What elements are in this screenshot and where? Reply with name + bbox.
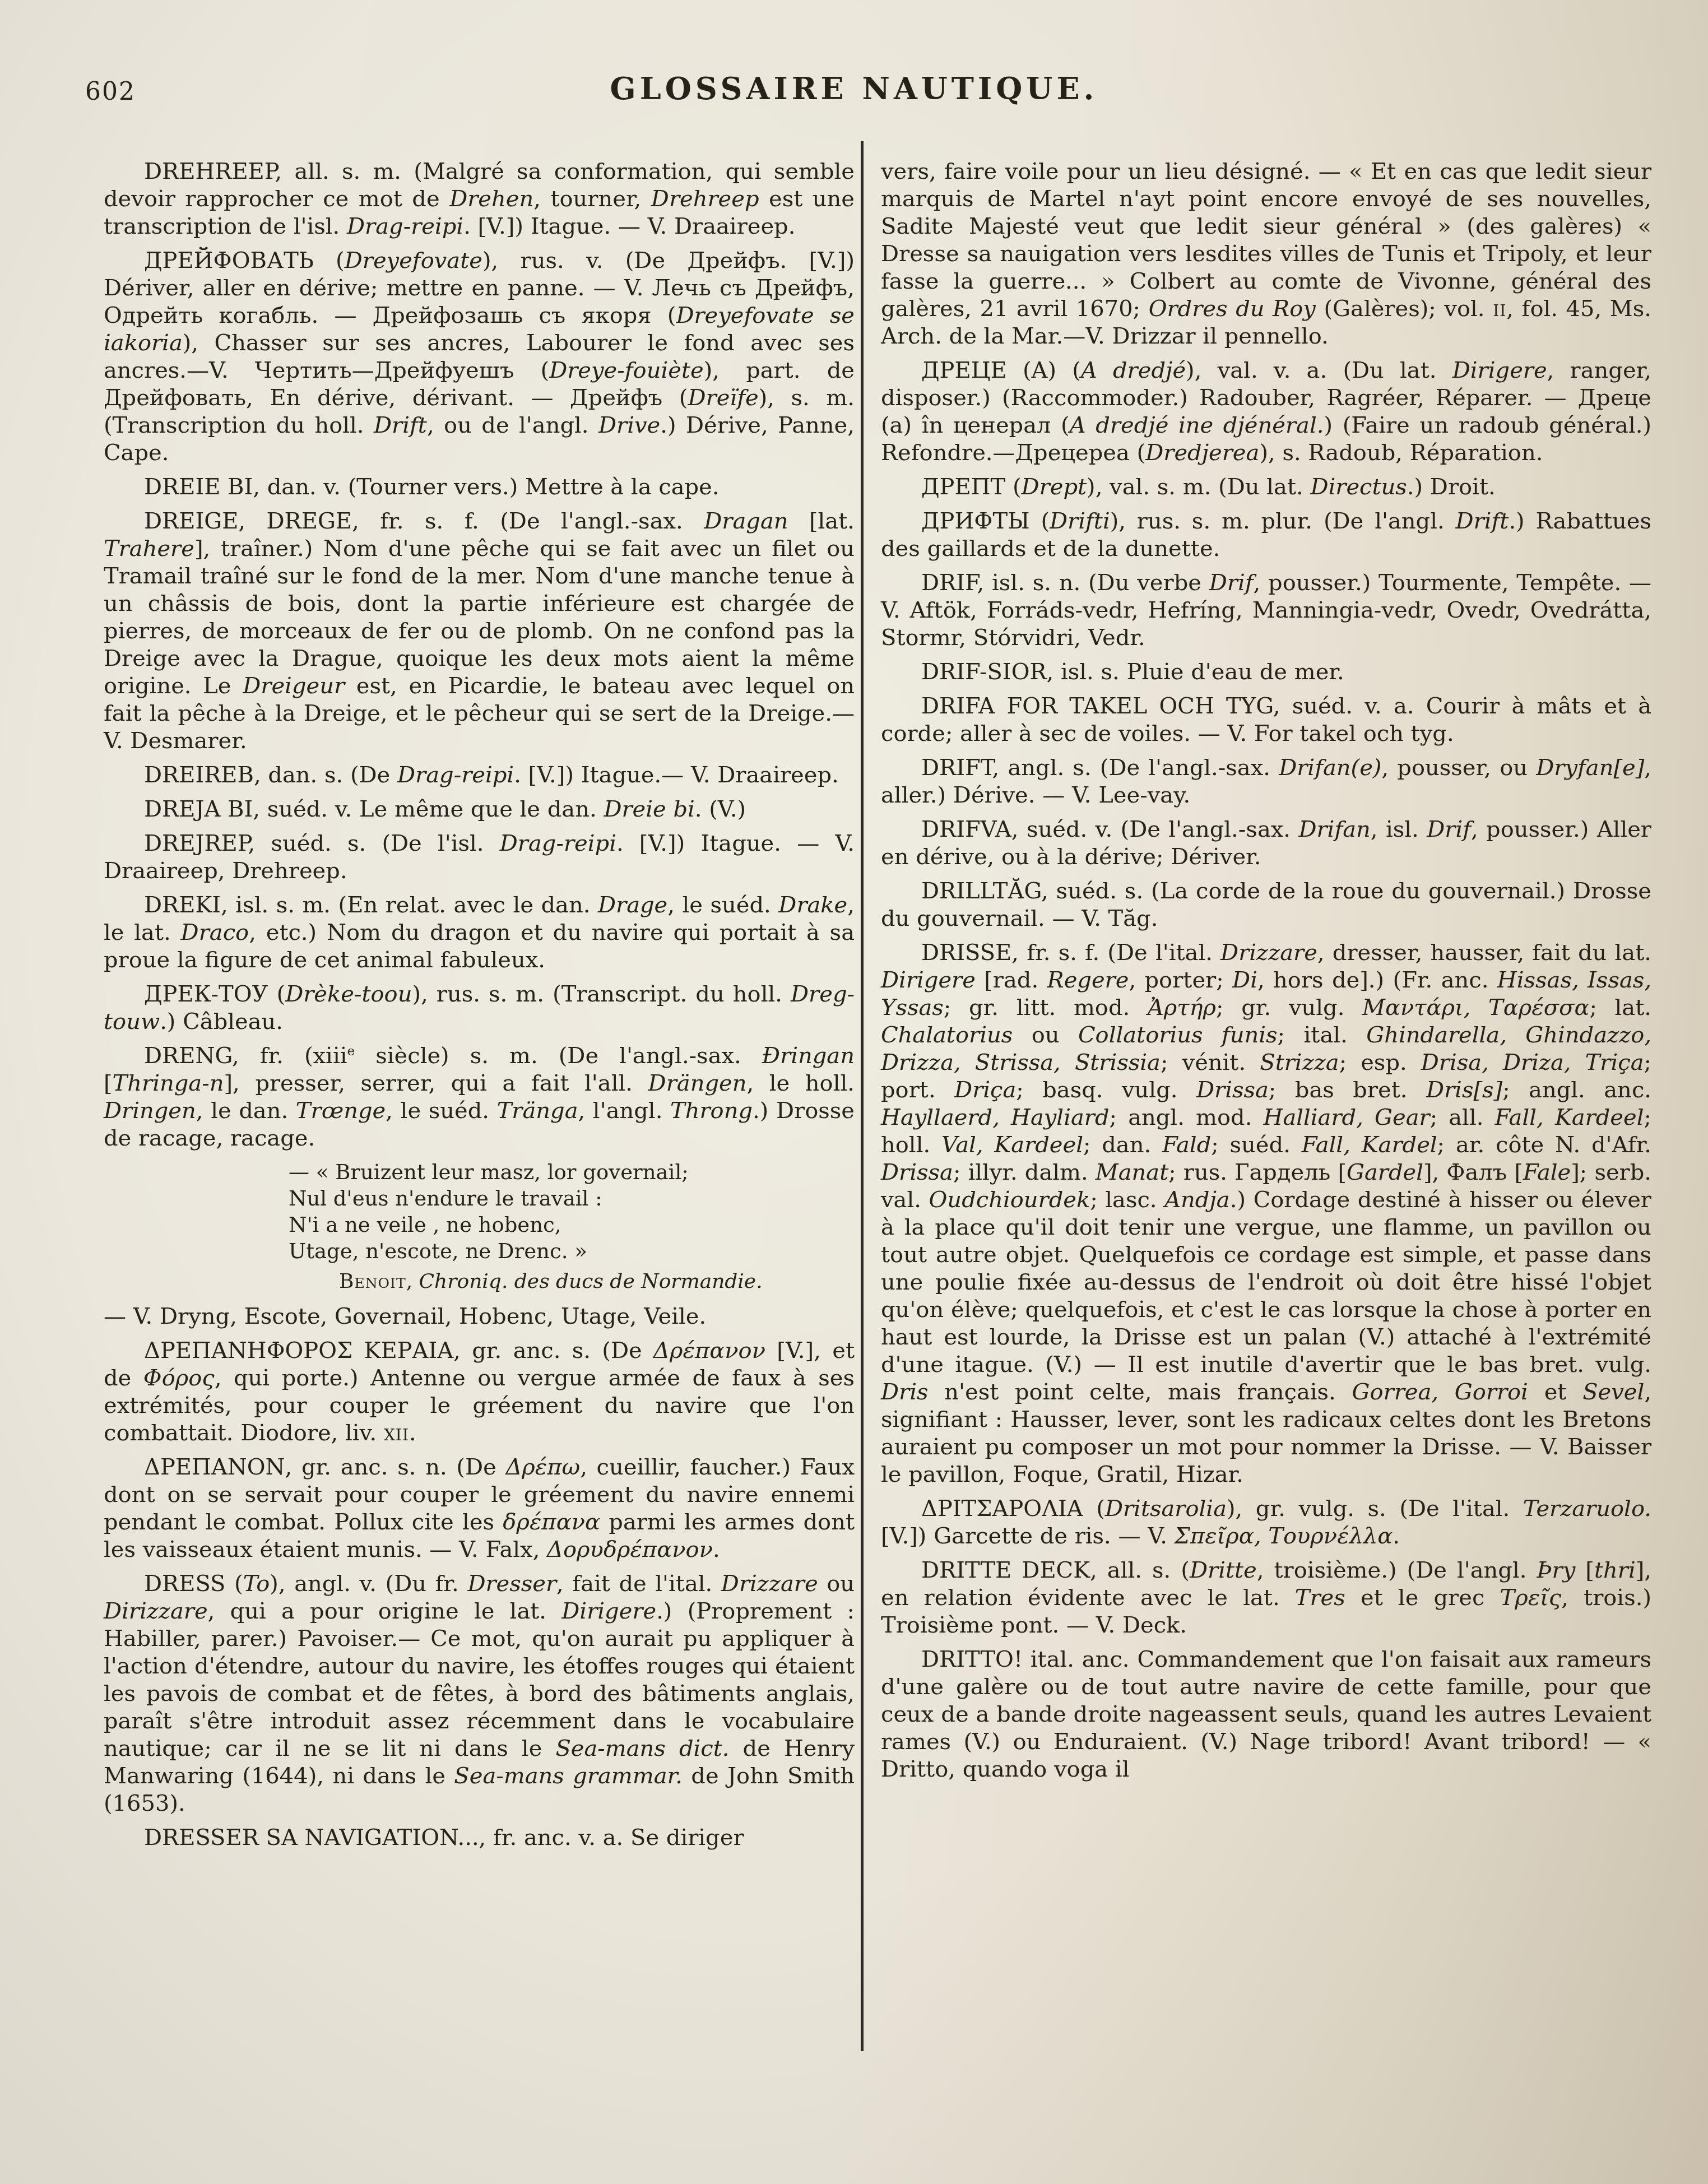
text-run: ; all. xyxy=(1430,1105,1495,1130)
text-run: DRESSER SA NAVIGATION..., fr. anc. v. a.… xyxy=(144,1825,744,1851)
text-run: Ordres du Roy xyxy=(1149,296,1316,322)
text-run: , le suéd. xyxy=(667,892,778,918)
text-run: Fale xyxy=(1523,1160,1571,1185)
text-run: ), s. Radoub, Réparation. xyxy=(1259,440,1543,466)
text-run: Drehreep xyxy=(651,186,759,212)
text-run: DREIREB, dan. s. (De xyxy=(144,762,397,788)
text-run: DRITTE DECK, all. s. ( xyxy=(921,1557,1190,1583)
text-run: ou xyxy=(1013,1022,1078,1048)
text-run: Drèke-toou xyxy=(285,981,412,1007)
text-run: ], Фалъ [ xyxy=(1423,1160,1523,1185)
verse-line: — « Bruizent leur masz, lor governail; xyxy=(289,1159,855,1185)
text-run: . [V.]) Itague.— V. Draaireep. xyxy=(514,762,839,788)
text-run: , xyxy=(406,1270,419,1293)
entry-paragraph: DREIREB, dan. s. (De Drag-reipi. [V.]) I… xyxy=(104,762,855,789)
text-run: Chroniq. des ducs de Normandie. xyxy=(419,1270,763,1293)
text-run: Drifan(e) xyxy=(1279,755,1381,781)
entry-paragraph: DRILLTĂG, suéd. s. (La corde de la roue … xyxy=(881,878,1651,933)
text-run: DREJA BI, suéd. v. Le même que le dan. xyxy=(144,796,604,822)
text-run: Drept xyxy=(1022,474,1087,500)
text-run: Drage xyxy=(598,892,667,918)
text-run: A dredjé ine djénéral. xyxy=(1070,412,1324,438)
text-run: . xyxy=(1393,1523,1400,1549)
text-run: DRESS ( xyxy=(144,1571,243,1597)
right-column: vers, faire voile pour un lieu désigné. … xyxy=(881,158,1651,1790)
text-run: Δορυ­δρέπανον xyxy=(547,1537,713,1562)
text-run: DRIFA FOR TAKEL OCH TYG, suéd. v. a. Cou… xyxy=(881,693,1651,746)
text-run: Dreye-fouiète xyxy=(549,358,704,383)
text-run: Drifan xyxy=(1298,817,1370,842)
text-run: ; lasc. xyxy=(1090,1187,1164,1213)
entry-paragraph: DRENG, fr. (xiiie siècle) s. m. (De l'an… xyxy=(104,1042,855,1152)
text-run: Hayllaerd, Hayliard xyxy=(881,1105,1110,1130)
text-run: ДРЕЦЕ (A) ( xyxy=(921,358,1081,383)
entry-paragraph: DRIF, isl. s. n. (Du verbe Drif, pousser… xyxy=(881,569,1651,652)
text-run: δρέπανα xyxy=(503,1509,600,1535)
text-run: Drif xyxy=(1427,817,1471,842)
text-run: Dirigere xyxy=(881,967,976,993)
text-run: Drisa, Driza, Triça xyxy=(1421,1050,1644,1075)
text-run: , le dan. xyxy=(196,1098,296,1124)
text-run: Ἀρτήρ xyxy=(1148,995,1216,1021)
text-run: DRENG, fr. (xiii xyxy=(144,1043,347,1069)
text-run: et xyxy=(1528,1379,1582,1405)
text-run: ДРЕПТ ( xyxy=(921,474,1022,500)
text-run: siècle) s. m. (De l'angl.-sax. xyxy=(355,1043,762,1069)
text-run: ΔΡΕΠΑΝΟΝ, gr. anc. s. n. (De xyxy=(144,1454,505,1480)
text-run: Δρέπανον xyxy=(653,1338,765,1364)
text-run: thri xyxy=(1594,1557,1636,1583)
text-run: DREJREP, suéd. s. (De l'isl. xyxy=(144,831,500,856)
entry-paragraph: DRESS (To), angl. v. (Du fr. Dresser, fa… xyxy=(104,1570,855,1817)
verse-quote: — « Bruizent leur masz, lor governail;Nu… xyxy=(289,1159,855,1264)
text-run: ; basq. vulg. xyxy=(1016,1077,1196,1103)
text-run: , qui a pour origine le lat. xyxy=(208,1598,562,1624)
text-run: Driça xyxy=(954,1077,1016,1103)
text-run: ; ar. côte N. d'Afr. xyxy=(1437,1132,1651,1158)
text-run: ; illyr. dalm. xyxy=(953,1160,1096,1185)
text-run: . (V.) xyxy=(695,796,746,822)
text-run: Drängen xyxy=(648,1070,747,1096)
text-run: Þry xyxy=(1537,1557,1576,1583)
text-run: Dreie bi xyxy=(604,796,694,822)
text-run: , ou de l'angl. xyxy=(427,412,598,438)
entry-paragraph: DREIE BI, dan. v. (Tourner vers.) Mettre… xyxy=(104,474,855,501)
text-run: Thringa-n xyxy=(113,1070,224,1096)
text-run: , isl. xyxy=(1371,817,1427,842)
text-run: Strizza xyxy=(1260,1050,1339,1075)
verse-line: Utage, n'escote, ne Drenc. » xyxy=(289,1238,855,1264)
text-run: Drift xyxy=(374,412,427,438)
text-run: Collatorius funis xyxy=(1078,1022,1278,1048)
entry-paragraph: ΔΡΕΠΑΝΗΦΟΡΟΣ ΚΕΡΑΙΑ, gr. anc. s. (De Δρέ… xyxy=(104,1337,855,1447)
text-run: ΔΡΕΠΑΝΗΦΟΡΟΣ ΚΕΡΑΙΑ, gr. anc. s. (De xyxy=(144,1338,653,1364)
text-run: Draco xyxy=(181,920,249,945)
text-run: DRIF, isl. s. n. (Du verbe xyxy=(921,570,1209,596)
text-run: Φόρος xyxy=(143,1365,215,1391)
text-run: DRIFT, angl. s. (De l'angl.-sax. xyxy=(921,755,1279,781)
text-run: Sevel xyxy=(1582,1379,1644,1405)
text-run: DREIGE, DREGE, fr. s. f. (De l'angl.-sax… xyxy=(144,508,704,534)
entry-paragraph: DREKI, isl. s. m. (En relat. avec le dan… xyxy=(104,892,855,974)
text-run: Drizzare xyxy=(721,1571,818,1597)
text-run: Drag-reipi xyxy=(347,214,463,239)
text-run: Benoit xyxy=(339,1270,406,1293)
text-run: Tränga xyxy=(497,1098,578,1124)
text-run: ; suéd. xyxy=(1211,1132,1301,1158)
text-run: ; vénit. xyxy=(1161,1050,1260,1075)
text-run: , pousser, ou xyxy=(1381,755,1536,781)
entry-paragraph: ДРЕПТ (Drept), val. s. m. (Du lat. Direc… xyxy=(881,474,1651,501)
text-run: ДРЕЙФОВАТЬ ( xyxy=(144,248,345,273)
scanned-book-page: { "page": { "number": "602", "header": "… xyxy=(0,0,1708,2184)
text-run: ), angl. v. (Du fr. xyxy=(270,1571,467,1597)
entry-paragraph: ΔΡΕΠΑΝΟΝ, gr. anc. s. n. (De Δρέπω, cuei… xyxy=(104,1454,855,1564)
text-run: Drift xyxy=(1456,508,1509,534)
left-column: DREHREEP, all. s. m. (Malgré sa conforma… xyxy=(104,158,855,1858)
entry-paragraph: DREJA BI, suéd. v. Le même que le dan. D… xyxy=(104,796,855,823)
text-run: , porter; xyxy=(1129,967,1232,993)
text-run: Drive xyxy=(598,412,660,438)
text-run: ; gr. vulg. xyxy=(1216,995,1362,1021)
text-run: Manat xyxy=(1096,1160,1169,1185)
text-run: ДРИФТЫ ( xyxy=(921,508,1050,534)
text-run: Fall, Kardeel xyxy=(1495,1105,1644,1130)
text-run: Μαντάρι, Ταρέσσα xyxy=(1362,995,1589,1021)
text-run: Drehen xyxy=(449,186,533,212)
text-run: DREIE BI, dan. v. (Tourner vers.) Mettre… xyxy=(144,474,719,500)
text-run: Fall, Kardel xyxy=(1302,1132,1437,1158)
text-run: ; bas bret. xyxy=(1269,1077,1426,1103)
text-run: Drif xyxy=(1209,570,1254,596)
text-run: DRIF-SIOR, isl. s. Pluie d'eau de mer. xyxy=(921,659,1344,685)
text-run: Drag-reipi xyxy=(500,831,616,856)
entry-paragraph: DRITTE DECK, all. s. (Dritte, troisième.… xyxy=(881,1557,1651,1639)
text-run: Dragan xyxy=(704,508,788,534)
text-run: .) Droit. xyxy=(1407,474,1496,500)
entry-paragraph: DRESSER SA NAVIGATION..., fr. anc. v. a.… xyxy=(104,1824,855,1852)
text-run: Drake xyxy=(778,892,847,918)
text-run: DRISSE, fr. s. f. (De l'ital. xyxy=(921,940,1220,966)
text-run: ; angl. mod. xyxy=(1110,1105,1264,1130)
text-run: [rad. xyxy=(976,967,1047,993)
text-run: Dirigere xyxy=(561,1598,656,1624)
text-run: Val, Kardeel xyxy=(941,1132,1083,1158)
text-run: Drizzare xyxy=(1220,940,1317,966)
text-run: [ xyxy=(104,1070,113,1096)
text-run: Dreigeur xyxy=(243,673,345,699)
text-run: Fald xyxy=(1162,1132,1211,1158)
text-run: [lat. xyxy=(788,508,855,534)
text-run: ), gr. vulg. s. (De l'ital. xyxy=(1227,1496,1523,1522)
entry-paragraph: DREJREP, suéd. s. (De l'isl. Drag-reipi.… xyxy=(104,830,855,885)
column-divider-rule xyxy=(861,141,864,2051)
text-run: Ðringan xyxy=(762,1043,855,1069)
text-run: . [V.]) Itague. — V. Draaireep. xyxy=(463,214,795,239)
text-run: Dritte xyxy=(1190,1557,1257,1583)
text-run: et le grec xyxy=(1345,1585,1500,1611)
text-run: , l'angl. xyxy=(578,1098,671,1124)
text-run: [ xyxy=(1575,1557,1594,1583)
text-run: DREKI, isl. s. m. (En relat. avec le dan… xyxy=(144,892,598,918)
entry-paragraph: ДРИФТЫ (Drifti), rus. s. m. plur. (De l'… xyxy=(881,508,1651,563)
text-run: Andja xyxy=(1164,1187,1230,1213)
text-run: Dirizzare xyxy=(104,1598,208,1624)
text-run: Chalatorius xyxy=(881,1022,1013,1048)
text-run: , troisième.) (De l'angl. xyxy=(1257,1557,1537,1583)
text-run: , fait de l'ital. xyxy=(556,1571,721,1597)
text-run: ; angl. anc. xyxy=(1502,1077,1651,1103)
text-run: , le suéd. xyxy=(386,1098,496,1124)
entry-paragraph: DRIFA FOR TAKEL OCH TYG, suéd. v. a. Cou… xyxy=(881,693,1651,748)
text-run: Dirigere xyxy=(1452,358,1547,383)
text-run: Trahere xyxy=(104,536,194,562)
text-run: ; esp. xyxy=(1339,1050,1421,1075)
entry-paragraph: ДРЕЙФОВАТЬ (Dreyefovate), rus. v. (De Др… xyxy=(104,247,855,467)
entry-paragraph: ДРЕЦЕ (A) (A dredjé), val. v. a. (Du lat… xyxy=(881,357,1651,467)
text-run: Terzaruolo. xyxy=(1523,1496,1651,1522)
entry-paragraph: ΔΡΙΤΣΑΡΟΛΙΑ (Dritsarolia), gr. vulg. s. … xyxy=(881,1495,1651,1550)
text-run: ), val. s. m. (Du lat. xyxy=(1087,474,1310,500)
text-run: e xyxy=(347,1044,355,1059)
text-run: , qui porte.) Antenne ou vergue armée de… xyxy=(104,1365,855,1446)
text-run: ; rus. Гардель [ xyxy=(1168,1160,1347,1185)
text-run: n'est point celte, mais français. xyxy=(929,1379,1352,1405)
text-run: (Galères); vol. xyxy=(1316,296,1493,322)
text-run: ), val. v. a. (Du lat. xyxy=(1186,358,1452,383)
entry-paragraph: DREHREEP, all. s. m. (Malgré sa conforma… xyxy=(104,158,855,240)
entry-paragraph: DRIF-SIOR, isl. s. Pluie d'eau de mer. xyxy=(881,659,1651,686)
text-run: Throng xyxy=(670,1098,753,1124)
text-run: xii xyxy=(384,1420,409,1446)
text-run: Drag-reipi xyxy=(397,762,514,788)
text-run: ; dan. xyxy=(1083,1132,1162,1158)
text-run: Trœnge xyxy=(296,1098,386,1124)
text-run: Halliard, Gear xyxy=(1264,1105,1430,1130)
text-run: Gardel xyxy=(1347,1160,1423,1185)
text-run: Dreïfe xyxy=(688,385,758,411)
text-run: Dreyefovate xyxy=(345,248,482,273)
text-run: , hors de].) (Fr. anc. xyxy=(1257,967,1497,993)
text-run: Drifti xyxy=(1050,508,1110,534)
text-run: Σπεῖρα, Τουρνέλλα xyxy=(1175,1523,1393,1549)
source-citation: Benoit, Chroniq. des ducs de Normandie. xyxy=(339,1268,855,1295)
text-run: ; gr. litt. mod. xyxy=(944,995,1148,1021)
text-run: [V.]) Garcette de ris. — V. xyxy=(881,1523,1175,1549)
text-run: Drissa xyxy=(881,1160,953,1185)
text-run: ], presser, serrer, qui a fait l'all. xyxy=(224,1070,648,1096)
text-run: Drissa xyxy=(1196,1077,1269,1103)
entry-paragraph: DRIFVA, suéd. v. (De l'angl.-sax. Drifan… xyxy=(881,816,1651,871)
text-run: ou xyxy=(818,1571,855,1597)
entry-paragraph: vers, faire voile pour un lieu désigné. … xyxy=(881,158,1651,350)
text-run: ДРЕК-ТОУ ( xyxy=(144,981,285,1007)
text-run: .) Cordage destiné à hisser ou élever à … xyxy=(881,1187,1651,1378)
text-run: Regere xyxy=(1047,967,1129,993)
text-run: Δρέπω xyxy=(505,1454,580,1480)
text-run: Tres xyxy=(1295,1585,1345,1611)
text-run: Di xyxy=(1232,967,1257,993)
text-run: Gorrea, Gorroi xyxy=(1352,1379,1528,1405)
text-run: ), rus. s. m. plur. (De l'angl. xyxy=(1110,508,1456,534)
verse-line: N'i a ne veile , ne hobenc, xyxy=(289,1212,855,1238)
text-run: ; ital. xyxy=(1278,1022,1367,1048)
verse-line: Nul d'eus n'endure le travail : xyxy=(289,1185,855,1212)
text-run: Oud­chiourdek xyxy=(929,1187,1090,1213)
text-run: , tourner, xyxy=(533,186,651,212)
text-run: A dredjé xyxy=(1081,358,1186,383)
entry-paragraph: DRIFT, angl. s. (De l'angl.-sax. Drifan(… xyxy=(881,754,1651,809)
text-run: Dris xyxy=(881,1379,929,1405)
entry-paragraph: DRITTO! ital. anc. Commandement que l'on… xyxy=(881,1646,1651,1783)
entry-paragraph: — V. Dryng, Escote, Governail, Hobenc, U… xyxy=(104,1303,855,1330)
text-run: To xyxy=(243,1571,270,1597)
text-run: Dritsarolia xyxy=(1105,1496,1227,1522)
text-run: , dresser, hausser, fait du lat. xyxy=(1317,940,1651,966)
text-run: Sea-mans grammar. xyxy=(454,1763,683,1789)
text-run: . xyxy=(409,1420,416,1446)
text-run: Τρεῖς xyxy=(1500,1585,1561,1611)
text-run: Dredjerea xyxy=(1145,440,1259,466)
entry-paragraph: DREIGE, DREGE, fr. s. f. (De l'angl.-sax… xyxy=(104,508,855,755)
text-run: DRITTO! ital. anc. Commandement que l'on… xyxy=(881,1647,1651,1782)
text-run: Dresser xyxy=(467,1571,556,1597)
text-run: Sea-mans dict. xyxy=(555,1736,729,1761)
entry-paragraph: DRISSE, fr. s. f. (De l'ital. Drizzare, … xyxy=(881,939,1651,1489)
text-run: . xyxy=(713,1537,720,1562)
text-run: DRIFVA, suéd. v. (De l'angl.-sax. xyxy=(921,817,1298,842)
text-run: Dryfan[e] xyxy=(1536,755,1644,781)
text-run: DRILLTĂG, suéd. s. (La corde de la roue … xyxy=(881,878,1651,931)
entry-paragraph: ДРЕК-ТОУ (Drèke-toou), rus. s. m. (Trans… xyxy=(104,981,855,1036)
text-run: ; lat. xyxy=(1589,995,1651,1021)
text-run: Directus xyxy=(1310,474,1407,500)
text-run: Dringen xyxy=(104,1098,196,1124)
running-head-title: GLOSSAIRE NAUTIQUE. xyxy=(0,71,1708,106)
text-run: ΔΡΙΤΣΑΡΟΛΙΑ ( xyxy=(921,1496,1105,1522)
text-run: .) Câbleau. xyxy=(160,1009,283,1035)
text-run: ), rus. s. m. (Transcript. du holl. xyxy=(412,981,791,1007)
text-run: , le holl. xyxy=(746,1070,855,1096)
text-run: Dris[s] xyxy=(1426,1077,1502,1103)
text-run: ii xyxy=(1493,296,1506,322)
text-run: — V. Dryng, Escote, Governail, Hobenc, U… xyxy=(104,1304,706,1329)
